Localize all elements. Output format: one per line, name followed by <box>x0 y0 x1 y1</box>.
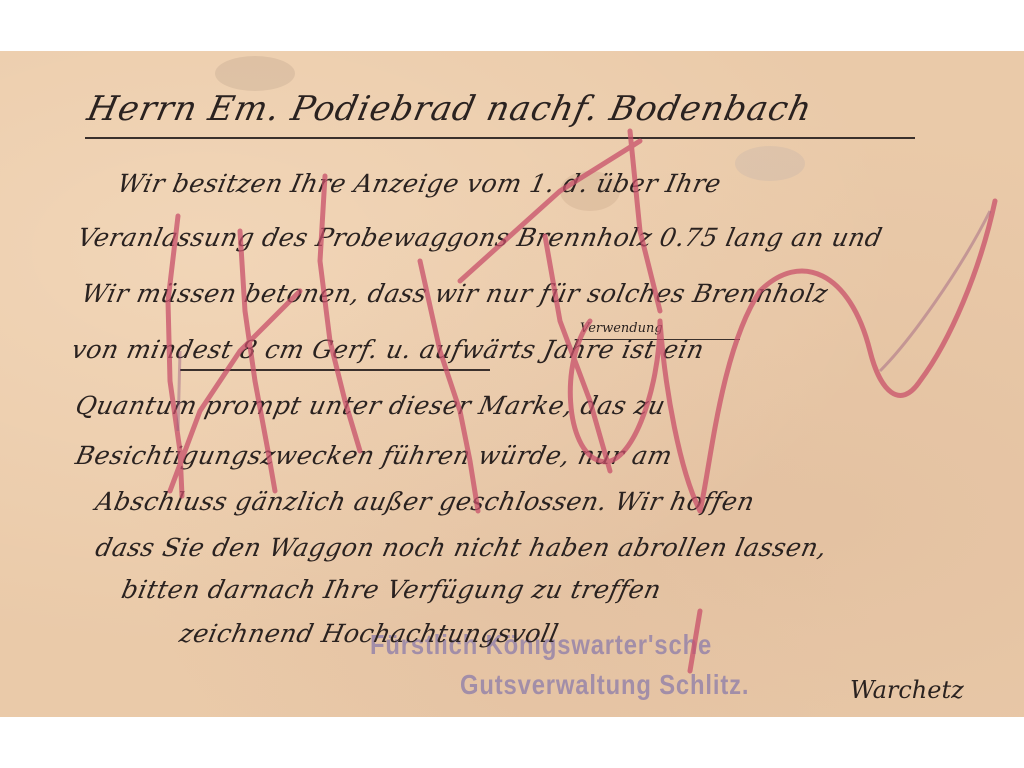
body-line-7: Abschluss gänzlich außer geschlossen. Wi… <box>93 487 757 516</box>
body-line-1: Wir besitzen Ihre Anzeige vom 1. d. über… <box>115 169 724 198</box>
paper-stain <box>215 56 295 91</box>
address-underline <box>85 137 915 139</box>
note-underline <box>580 339 740 340</box>
body-line-6: Besichtigungszwecken führen würde, nur a… <box>73 441 675 470</box>
address-line: Herrn Em. Podiebrad nachf. Bodenbach <box>84 89 816 129</box>
body-line-8: dass Sie den Waggon noch nicht haben abr… <box>93 533 830 562</box>
interlinear-note: Verwendung <box>580 321 663 336</box>
signature: Warchetz <box>850 676 964 704</box>
body-line-9: bitten darnach Ihre Verfügung zu treffen <box>119 575 664 604</box>
body-line-2: Veranlassung des Probewaggons Brennholz … <box>75 223 885 252</box>
postcard: Herrn Em. Podiebrad nachf. Bodenbach Wir… <box>0 51 1024 717</box>
paper-stain <box>735 146 805 181</box>
body-line-5: Quantum prompt unter dieser Marke, das z… <box>73 391 668 420</box>
body-underline <box>180 369 490 371</box>
closing-line: zeichnend Hochachtungsvoll <box>177 619 561 648</box>
rubber-stamp-line-2: Gutsverwaltung Schlitz. <box>460 669 749 701</box>
red-crayon-scribble <box>0 51 1024 717</box>
body-line-3: Wir müssen betonen, dass wir nur für sol… <box>79 279 831 308</box>
